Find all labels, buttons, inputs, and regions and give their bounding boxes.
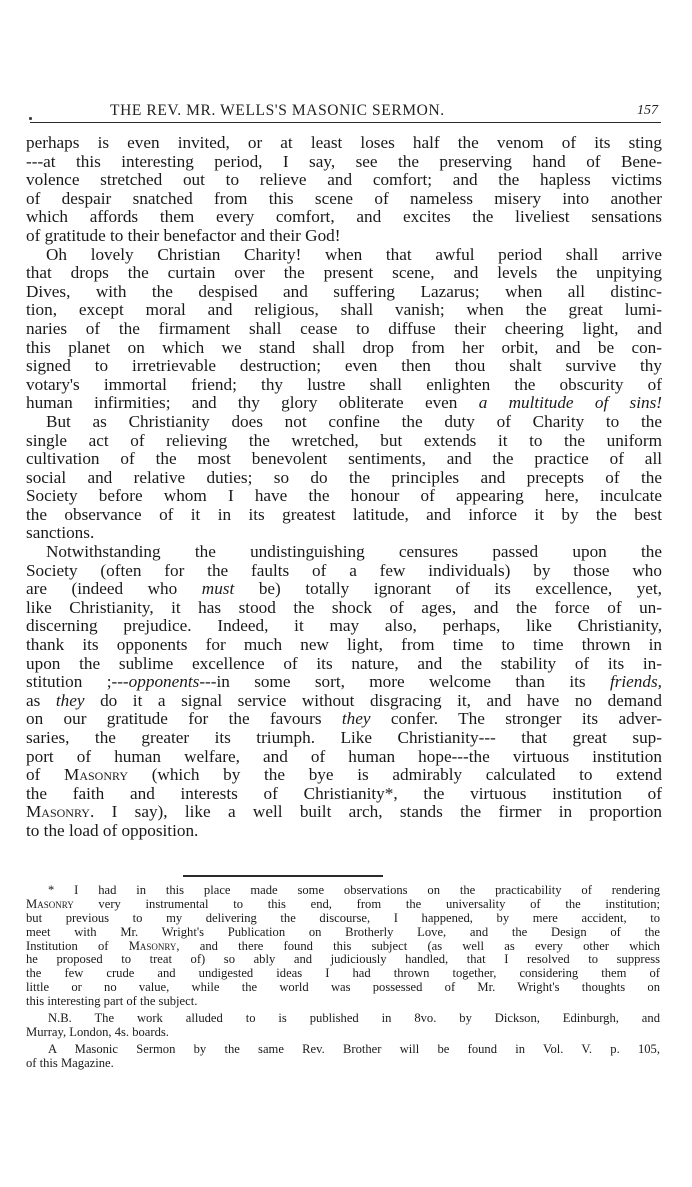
- line-text: Murray, London, 4s. boards.: [26, 1025, 169, 1039]
- body-line: sanctions.: [26, 524, 662, 543]
- line-text: of: [26, 765, 64, 784]
- line-text: A Masonic Sermon by the same Rev. Brothe…: [48, 1042, 660, 1056]
- line-text: tion, except moral and religious, shall …: [26, 300, 662, 319]
- line-text: as: [26, 691, 56, 710]
- body-line: Notwithstanding the undistinguishing cen…: [26, 543, 662, 562]
- header-mark: [29, 117, 32, 120]
- line-text: are (indeed who: [26, 579, 202, 598]
- line-text: Institution of: [26, 939, 129, 953]
- line-text: confer. The stronger its adver-: [371, 709, 663, 728]
- body-line: votary's immortal friend; thy lustre sha…: [26, 376, 662, 395]
- body-line: which affords them every comfort, and ex…: [26, 208, 662, 227]
- body-line: stitution ;---opponents---in some sort, …: [26, 673, 662, 692]
- foot-line: of this Magazine.: [26, 1057, 660, 1071]
- line-text: of despair snatched from this scene of n…: [26, 189, 662, 208]
- body-line: Masonry. I say), like a well built arch,…: [26, 803, 662, 822]
- foot-line: this interesting part of the subject.: [26, 995, 660, 1009]
- line-text: do it a signal service without disgracin…: [85, 691, 662, 710]
- line-text: single act of relieving the wretched, bu…: [26, 431, 662, 450]
- body-line: But as Christianity does not confine the…: [26, 413, 662, 432]
- body-line: discerning prejudice. Indeed, it may als…: [26, 617, 662, 636]
- foot-line: little or no value, while the world was …: [26, 981, 660, 995]
- small-caps-text: Masonry: [129, 939, 177, 953]
- foot-line: he proposed to treat of) so ably and jud…: [26, 953, 660, 967]
- line-text: cultivation of the most benevolent senti…: [26, 449, 662, 468]
- body-line: thank its opponents for much new light, …: [26, 636, 662, 655]
- line-text: this interesting part of the subject.: [26, 994, 197, 1008]
- foot-line: Masonry very instrumental to this end, f…: [26, 898, 660, 912]
- line-text: little or no value, while the world was …: [26, 980, 660, 994]
- body-line: single act of relieving the wretched, bu…: [26, 432, 662, 451]
- line-text: very instrumental to this end, from the …: [74, 897, 660, 911]
- italic-text: friends,: [610, 672, 662, 691]
- body-line: like Christianity, it has stood the shoc…: [26, 599, 662, 618]
- foot-line: meet with Mr. Wright's Publication on Br…: [26, 926, 660, 940]
- line-text: social and relative duties; so do the pr…: [26, 468, 662, 487]
- body-line: volence stretched out to relieve and com…: [26, 171, 662, 190]
- line-text: of gratitude to their benefactor and the…: [26, 226, 341, 245]
- body-line: cultivation of the most benevolent senti…: [26, 450, 662, 469]
- line-text: (which by the bye is admirably calculate…: [128, 765, 662, 784]
- line-text: the few crude and undigested ideas I had…: [26, 966, 660, 980]
- body-line: to the load of opposition.: [26, 822, 662, 841]
- foot-line: N.B. The work alluded to is published in…: [26, 1012, 660, 1026]
- line-text: on our gratitude for the favours: [26, 709, 342, 728]
- body-line: social and relative duties; so do the pr…: [26, 469, 662, 488]
- body-text: perhaps is even invited, or at least los…: [26, 134, 662, 841]
- line-text: meet with Mr. Wright's Publication on Br…: [26, 925, 660, 939]
- line-text: but previous to my delivering the discou…: [26, 911, 660, 925]
- line-text: Dives, with the despised and suffering L…: [26, 282, 662, 301]
- body-line: are (indeed who must be) totally ignoran…: [26, 580, 662, 599]
- body-line: the observance of it in its greatest lat…: [26, 506, 662, 525]
- line-text: perhaps is even invited, or at least los…: [26, 133, 662, 152]
- line-text: * I had in this place made some observat…: [48, 883, 660, 897]
- line-text: N.B. The work alluded to is published in…: [48, 1011, 660, 1025]
- body-line: the faith and interests of Christianity*…: [26, 785, 662, 804]
- foot-line: Murray, London, 4s. boards.: [26, 1026, 660, 1040]
- document-page: THE REV. MR. WELLS'S MASONIC SERMON. 157…: [0, 0, 692, 1187]
- line-text: saries, the greater its triumph. Like Ch…: [26, 728, 662, 747]
- line-text: the faith and interests of Christianity*…: [26, 784, 662, 803]
- body-line: as they do it a signal service without d…: [26, 692, 662, 711]
- line-text: , and there found this subject (as well …: [176, 939, 660, 953]
- line-text: Oh lovely Christian Charity! when that a…: [46, 245, 662, 264]
- line-text: that drops the curtain over the present …: [26, 263, 662, 282]
- line-text: port of human welfare, and of human hope…: [26, 747, 662, 766]
- italic-text: a multitude of sins!: [479, 393, 662, 412]
- footnote-rule: [183, 875, 383, 877]
- foot-line: the few crude and undigested ideas I had…: [26, 967, 660, 981]
- line-text: votary's immortal friend; thy lustre sha…: [26, 375, 662, 394]
- foot-line: A Masonic Sermon by the same Rev. Brothe…: [26, 1043, 660, 1057]
- body-line: Society (often for the faults of a few i…: [26, 562, 662, 581]
- line-text: like Christianity, it has stood the shoc…: [26, 598, 662, 617]
- line-text: ---in some sort, more welcome than its: [199, 672, 610, 691]
- running-head: THE REV. MR. WELLS'S MASONIC SERMON. 157: [30, 102, 660, 122]
- body-line: of gratitude to their benefactor and the…: [26, 227, 662, 246]
- line-text: Notwithstanding the undistinguishing cen…: [46, 542, 662, 561]
- italic-text: opponents: [129, 672, 200, 691]
- running-title: THE REV. MR. WELLS'S MASONIC SERMON.: [110, 102, 445, 120]
- body-line: Society before whom I have the honour of…: [26, 487, 662, 506]
- line-text: he proposed to treat of) so ably and jud…: [26, 952, 660, 966]
- body-line: human infirmities; and thy glory obliter…: [26, 394, 662, 413]
- small-caps-text: Masonry: [64, 765, 128, 784]
- line-text: But as Christianity does not confine the…: [46, 412, 662, 431]
- italic-text: they: [56, 691, 85, 710]
- body-line: of despair snatched from this scene of n…: [26, 190, 662, 209]
- body-line: that drops the curtain over the present …: [26, 264, 662, 283]
- body-line: port of human welfare, and of human hope…: [26, 748, 662, 767]
- line-text: upon the sublime excellence of its natur…: [26, 654, 662, 673]
- header-rule: [30, 122, 661, 123]
- small-caps-text: Masonry: [26, 897, 74, 911]
- foot-line: * I had in this place made some observat…: [26, 884, 660, 898]
- line-text: signed to irretrievable destruction; eve…: [26, 356, 662, 375]
- body-line: tion, except moral and religious, shall …: [26, 301, 662, 320]
- line-text: . I say), like a well built arch, stands…: [90, 802, 662, 821]
- body-line: signed to irretrievable destruction; eve…: [26, 357, 662, 376]
- body-line: this planet on which we stand shall drop…: [26, 339, 662, 358]
- line-text: Society before whom I have the honour of…: [26, 486, 662, 505]
- line-text: ---at this interesting period, I say, se…: [26, 152, 662, 171]
- body-line: ---at this interesting period, I say, se…: [26, 153, 662, 172]
- line-text: discerning prejudice. Indeed, it may als…: [26, 616, 662, 635]
- italic-text: must: [202, 579, 234, 598]
- line-text: human infirmities; and thy glory obliter…: [26, 393, 479, 412]
- body-line: perhaps is even invited, or at least los…: [26, 134, 662, 153]
- line-text: naries of the firmament shall cease to d…: [26, 319, 662, 338]
- foot-line: Institution of Masonry, and there found …: [26, 940, 660, 954]
- page-number: 157: [637, 103, 658, 119]
- line-text: which affords them every comfort, and ex…: [26, 207, 662, 226]
- line-text: sanctions.: [26, 523, 94, 542]
- body-line: Oh lovely Christian Charity! when that a…: [26, 246, 662, 265]
- line-text: the observance of it in its greatest lat…: [26, 505, 662, 524]
- line-text: of this Magazine.: [26, 1056, 114, 1070]
- body-line: saries, the greater its triumph. Like Ch…: [26, 729, 662, 748]
- body-line: upon the sublime excellence of its natur…: [26, 655, 662, 674]
- body-line: Dives, with the despised and suffering L…: [26, 283, 662, 302]
- line-text: Society (often for the faults of a few i…: [26, 561, 662, 580]
- body-line: on our gratitude for the favours they co…: [26, 710, 662, 729]
- italic-text: they: [342, 709, 371, 728]
- foot-line: but previous to my delivering the discou…: [26, 912, 660, 926]
- small-caps-text: Masonry: [26, 802, 90, 821]
- footnotes: * I had in this place made some observat…: [26, 884, 660, 1071]
- line-text: this planet on which we stand shall drop…: [26, 338, 662, 357]
- line-text: volence stretched out to relieve and com…: [26, 170, 662, 189]
- line-text: to the load of opposition.: [26, 821, 198, 840]
- line-text: stitution ;---: [26, 672, 129, 691]
- line-text: thank its opponents for much new light, …: [26, 635, 662, 654]
- body-line: naries of the firmament shall cease to d…: [26, 320, 662, 339]
- body-line: of Masonry (which by the bye is admirabl…: [26, 766, 662, 785]
- line-text: be) totally ignorant of its excellence, …: [234, 579, 662, 598]
